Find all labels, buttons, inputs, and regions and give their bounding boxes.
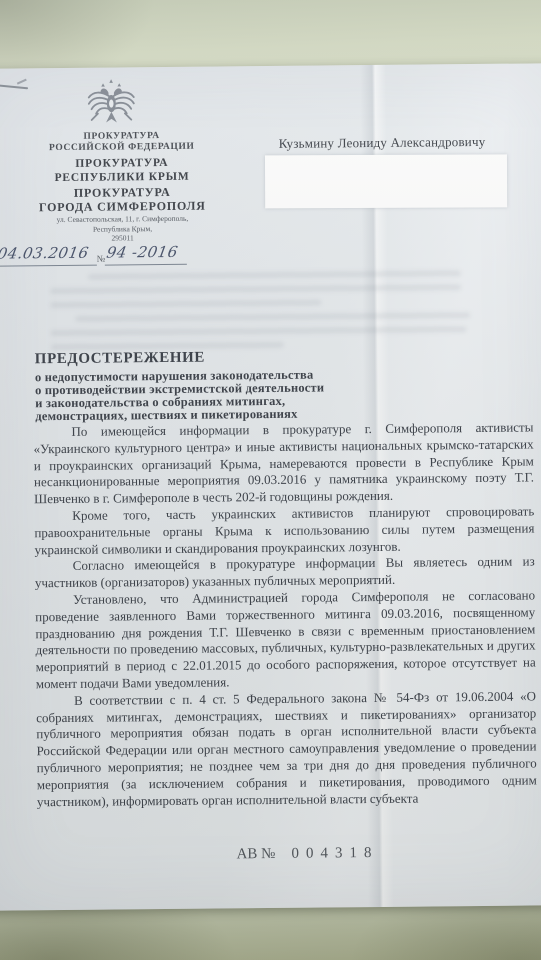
- number-sign: №: [97, 254, 106, 266]
- body-paragraph: В соответствии с п. 4 ст. 5 Федерального…: [36, 688, 537, 810]
- org-city: ПРОКУРАТУРА ГОРОДА СИМФЕРОПОЛЯ: [0, 184, 253, 215]
- letterhead: ПРОКУРАТУРА РОССИЙСКОЙ ФЕДЕРАЦИИ ПРОКУРА…: [0, 66, 252, 69]
- serial-series: АВ №: [236, 846, 275, 862]
- number-underline: 94 -2016: [105, 243, 186, 266]
- org-federation-line2: РОССИЙСКОЙ ФЕДЕРАЦИИ: [0, 141, 253, 155]
- body-paragraph: Согласно имеющейся в прокуратуре информа…: [35, 554, 535, 592]
- org-federation: ПРОКУРАТУРА РОССИЙСКОЙ ФЕДЕРАЦИИ: [0, 130, 253, 155]
- date-underline: 04.03.2016: [0, 244, 97, 267]
- handwritten-date: 04.03.2016: [0, 244, 90, 263]
- letterhead-address: ул. Севастопольская, 11, г. Симферополь,…: [0, 213, 254, 244]
- redaction-box: [265, 154, 507, 208]
- serial-digits: 004318: [291, 845, 378, 862]
- body-paragraph: Установлено, что Администрацией города С…: [35, 587, 536, 693]
- reference-line: 04.03.2016№94 -2016: [0, 242, 256, 266]
- handwritten-number: 94 -2016: [106, 243, 180, 262]
- org-city-line2: ГОРОДА СИМФЕРОПОЛЯ: [0, 198, 253, 215]
- document-page: ПРОКУРАТУРА РОССИЙСКОЙ ФЕДЕРАЦИИ ПРОКУРА…: [0, 63, 541, 910]
- form-serial-number: АВ №004318: [236, 845, 378, 863]
- pen-mark: [0, 84, 28, 90]
- body-paragraph: По имеющейся информации в прокуратуре г.…: [33, 419, 534, 508]
- document-title: ПРЕДОСТЕРЕЖЕНИЕ: [35, 348, 324, 368]
- org-republic-line2: РЕСПУБЛИКИ КРЫМ: [0, 170, 253, 186]
- bleed-through-text: [50, 270, 475, 358]
- title-subtitle-line: демонстрациях, шествиях и пикетированиях: [35, 407, 324, 423]
- body-paragraph: Кроме того, часть украинских активистов …: [34, 503, 534, 558]
- org-republic: ПРОКУРАТУРА РЕСПУБЛИКИ КРЫМ: [0, 156, 253, 186]
- document-title-block: ПРЕДОСТЕРЕЖЕНИЕ о недопустимости нарушен…: [35, 348, 325, 422]
- double-headed-eagle-icon: [82, 77, 141, 132]
- document-body: По имеющейся информации в прокуратуре г.…: [33, 419, 537, 810]
- addressee-name: Кузьмину Леониду Александровичу: [279, 134, 486, 152]
